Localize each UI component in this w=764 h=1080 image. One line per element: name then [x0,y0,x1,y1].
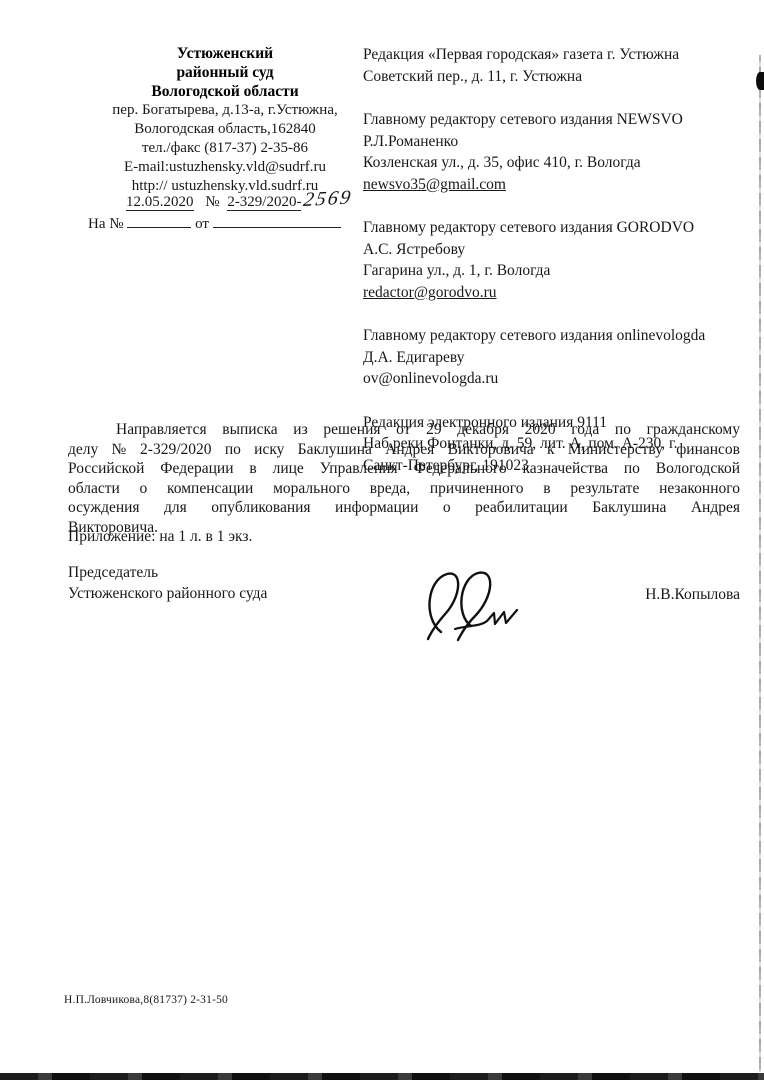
court-name-line: Устюженский [90,44,360,63]
signer-role: Председатель Устюженского районного суда [68,562,368,604]
handwritten-signature [415,566,530,644]
incoming-date-blank [213,213,341,228]
recipient-line: Д.А. Едигареву [363,347,741,369]
recipient-block: Главному редактору сетевого издания GORO… [363,217,741,303]
recipient-block: Редакция «Первая городская» газета г. Ус… [363,44,741,87]
outgoing-date: 12.05.2020 [126,194,194,211]
recipient-line: Главному редактору сетевого издания onli… [363,325,741,347]
court-address-line: пер. Богатырева, д.13-а, г.Устюжна, [90,101,360,120]
outgoing-line: 12.05.2020 № 2-329/2020-2569 [88,190,388,213]
sender-header: Устюженский районный суд Вологодской обл… [90,44,360,196]
recipient-line: Главному редактору сетевого издания NEWS… [363,109,741,131]
incoming-line: На № от [88,213,388,235]
recipient-email: newsvo35@gmail.com [363,174,741,196]
scan-bottom-edge [0,1073,764,1080]
recipient-line: Р.Л.Романенко [363,131,741,153]
executor-line: Н.П.Ловчикова,8(81737) 2-31-50 [64,994,228,1006]
signer-role-line: Устюженского районного суда [68,583,368,604]
recipient-line: А.С. Ястребову [363,239,741,261]
recipient-email: redactor@gorodvo.ru [363,282,741,304]
handwritten-number: 2569 [302,188,354,211]
scan-edge-artifact [759,55,761,1072]
recipient-block: Главному редактору сетевого издания onli… [363,325,741,390]
court-email-line: E-mail:ustuzhensky.vld@sudrf.ru [90,158,360,177]
recipient-block: Главному редактору сетевого издания NEWS… [363,109,741,195]
scan-blob-artifact [756,72,764,90]
incoming-from-label: от [195,216,209,232]
recipient-line: Советский пер., д. 11, г. Устюжна [363,66,741,88]
recipient-line: Козленская ул., д. 35, офис 410, г. Воло… [363,152,741,174]
body-paragraph: Направляется выписка из решения от 29 де… [68,420,740,537]
court-name-line: районный суд [90,63,360,82]
recipient-email: ov@onlinevologda.ru [363,368,741,390]
incoming-number-blank [127,213,191,228]
court-name-line: Вологодской области [90,82,360,101]
attachment-line: Приложение: на 1 л. в 1 экз. [68,528,740,546]
court-address-line: Вологодская область,162840 [90,120,360,139]
signer-role-line: Председатель [68,562,368,583]
recipient-line: Редакция «Первая городская» газета г. Ус… [363,44,741,66]
outgoing-number: 2-329/2020- [227,194,301,211]
recipient-line: Главному редактору сетевого издания GORO… [363,217,741,239]
incoming-label: На № [88,216,124,232]
reference-block: 12.05.2020 № 2-329/2020-2569 На № от [88,190,388,235]
recipient-line: Гагарина ул., д. 1, г. Вологда [363,260,741,282]
number-sign: № [205,194,219,210]
signer-name: Н.В.Копылова [645,586,740,604]
scanned-letter-page: Устюженский районный суд Вологодской обл… [0,0,764,1080]
court-address-line: тел./факс (817-37) 2-35-86 [90,139,360,158]
